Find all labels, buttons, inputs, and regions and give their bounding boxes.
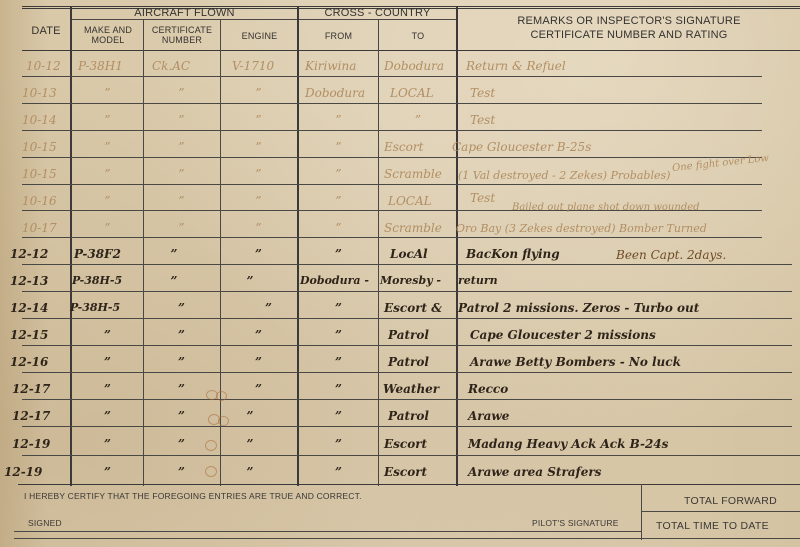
cell-date: 10-17 [22,220,57,236]
cell-cert: ” [143,381,220,397]
cell-make: ” [72,381,143,397]
cell-make: ” [72,408,143,424]
cell-remarks: (1 Val destroyed - 2 Zekes) Probables) [458,168,670,184]
cell-cert: ” [143,436,220,452]
cell-engine: ” [220,273,280,289]
cell-from: ” [299,464,378,480]
cell-engine: V-1710 [232,58,274,74]
row-rule [22,291,792,292]
cell-engine: ” [220,464,280,480]
cell-date: 12-17 [12,408,50,424]
cell-date: 12-13 [10,273,48,289]
cell-from: ” [299,381,378,397]
cell-from: ” [299,300,378,316]
cell-make: ” [72,464,143,480]
cell-to: Patrol [388,354,429,370]
cell-make: ” [72,354,143,370]
row-rule [22,157,762,158]
header-certificate-number: CERTIFICATE NUMBER [148,25,216,45]
cell-cert: ” [143,300,220,316]
cell-make: ” [72,139,143,155]
cell-date: 12-19 [4,464,42,480]
header-make-and-model: MAKE AND MODEL [76,25,140,45]
cell-engine: ” [220,408,280,424]
cell-to: Dobodura [384,58,444,74]
cell-from: ” [299,112,378,128]
row-rule [22,76,762,77]
cell-cert: ” [143,354,220,370]
cell-date: 10-16 [22,193,57,209]
header-remarks-line2: CERTIFICATE NUMBER AND RATING [458,28,800,43]
cell-remarks: BacKon flying [466,246,560,262]
cell-cert: Ck.AC [152,58,190,74]
cell-engine: ” [220,139,297,155]
table-bottom-rule [18,484,800,485]
cell-from: Dobodura [305,85,365,101]
cell-date: 12-19 [12,436,50,452]
cell-engine: ” [220,327,297,343]
header-date: DATE [22,25,70,37]
cell-remarks-note: Bailed out plane shot down wounded [512,200,700,216]
cell-from: ” [299,139,378,155]
header-cross-country: CROSS - COUNTRY [299,7,456,19]
cell-date: 10-13 [22,85,57,101]
cell-date: 10-15 [22,139,57,155]
cell-from: ” [299,327,378,343]
cell-from: ” [299,246,378,262]
cell-engine: ” [220,246,297,262]
cell-to: Escort [384,464,427,480]
cell-remarks: Arawe Betty Bombers - No luck [470,354,681,370]
cell-remarks: Cape Gloucester B-25s [452,139,591,155]
row-rule [22,130,762,131]
row-rule [22,345,792,346]
certify-statement: I HEREBY CERTIFY THAT THE FOREGOING ENTR… [24,491,362,501]
cell-to: Patrol [388,327,429,343]
cell-to: LOCAL [390,85,434,101]
cell-remarks: Madang Heavy Ack Ack B-24s [468,436,668,452]
col-rule-to [456,6,458,486]
cell-remarks: Test [470,190,495,206]
cell-make: P-38F2 [74,246,121,262]
cell-make: ” [72,436,143,452]
cell-engine: ” [220,354,297,370]
cell-make: ” [72,220,143,236]
cell-from: Kiriwina [305,58,356,74]
header-aircraft-flown: AIRCRAFT FLOWN [72,7,297,19]
cell-remarks: Recco [468,381,508,397]
cell-from: ” [299,408,378,424]
cell-remarks-note: One fight over Low [671,151,769,177]
cell-to: Escort [384,139,423,155]
cell-engine: ” [220,112,297,128]
row-rule [22,426,792,427]
cell-make: ” [72,112,143,128]
signed-label: SIGNED [28,518,62,528]
cell-date: 10-12 [26,58,61,74]
cell-date: 12-17 [12,381,50,397]
row-rule [22,184,762,185]
cell-cert: ” [143,273,205,289]
cell-from: ” [299,436,378,452]
cell-to: Patrol [388,408,429,424]
cell-remarks: return [458,273,498,289]
cell-to: Moresby - [380,273,441,289]
cell-make: ” [72,327,143,343]
cell-to: Scramble [384,220,442,236]
cell-cert: ” [143,166,220,182]
cell-remarks: Test [470,112,495,128]
cell-date: 10-14 [22,112,57,128]
footer-totals-rule [641,511,800,512]
cell-date: 12-16 [10,354,48,370]
row-rule [22,237,762,238]
cell-remarks: Cape Gloucester 2 missions [470,327,656,343]
cell-make: ” [72,85,143,101]
header-bottom-rule [22,50,800,51]
cell-cert: ” [143,139,220,155]
cell-remarks: Patrol 2 missions. Zeros - Turbo out [458,300,699,316]
cell-make: P-38H-5 [70,300,120,316]
cell-make: P-38H-5 [72,273,122,289]
cell-to: Escort [384,436,427,452]
cell-engine: ” [220,166,297,182]
logbook-page: DATE AIRCRAFT FLOWN MAKE AND MODEL CERTI… [0,0,800,547]
cell-make: ” [72,193,143,209]
cell-cert: ” [143,327,220,343]
cell-date: 12-12 [10,246,48,262]
cell-to: ” [380,112,456,128]
cell-make: P-38H1 [78,58,123,74]
cell-to: LocAl [390,246,428,262]
header-engine: ENGINE [222,31,297,41]
cell-from: ” [299,193,378,209]
cell-date: 12-14 [10,300,48,316]
cell-engine: ” [220,381,297,397]
cell-date: 10-15 [22,166,57,182]
header-mid-rule [72,19,457,20]
cell-to: Weather [383,381,439,397]
cell-cert: ” [143,246,205,262]
cell-from: ” [299,166,378,182]
footer-bottom-rule [14,538,800,539]
row-rule [22,455,800,456]
cell-engine: ” [220,436,280,452]
cell-remarks: Arawe area Strafers [468,464,601,480]
header-remarks-line1: REMARKS OR INSPECTOR'S SIGNATURE [458,14,800,29]
col-rule-from [378,20,379,486]
signature-line [14,531,641,532]
cell-date: 12-15 [10,327,48,343]
cell-remarks: Return & Refuel [466,58,566,74]
row-rule [22,318,792,319]
cell-cert: ” [143,220,220,236]
header-from: FROM [299,31,378,41]
total-forward-label: TOTAL FORWARD [684,495,777,507]
cell-engine: ” [230,300,307,316]
cell-engine: ” [220,85,297,101]
cell-make: ” [72,166,143,182]
cell-cert: ” [143,193,220,209]
header-to: TO [380,31,456,41]
cell-cert: ” [143,112,220,128]
total-time-to-date-label: TOTAL TIME TO DATE [656,520,769,532]
cell-to: Scramble [384,166,442,182]
cell-engine: ” [220,220,297,236]
footer-divider [641,484,642,540]
pilot-signature-label: PILOT'S SIGNATURE [532,518,619,528]
cell-remarks: Arawe [468,408,509,424]
cell-remarks: Test [470,85,495,101]
row-rule [22,372,792,373]
cell-from: ” [299,220,378,236]
cell-to: Escort & [384,300,442,316]
cell-cert: ” [143,85,220,101]
cell-remarks: Oro Bay (3 Zekes destroyed) Bomber Turne… [456,221,707,237]
row-rule [22,264,792,265]
cell-engine: ” [220,193,297,209]
cell-cert: ” [143,464,220,480]
cell-remarks-extra: Been Capt. 2days. [616,247,726,263]
cell-from: ” [299,354,378,370]
cell-cert: ” [143,408,220,424]
cell-to: LOCAL [388,193,432,209]
row-rule [22,399,792,400]
row-rule [22,103,762,104]
cell-from: Dobodura - [300,273,369,289]
